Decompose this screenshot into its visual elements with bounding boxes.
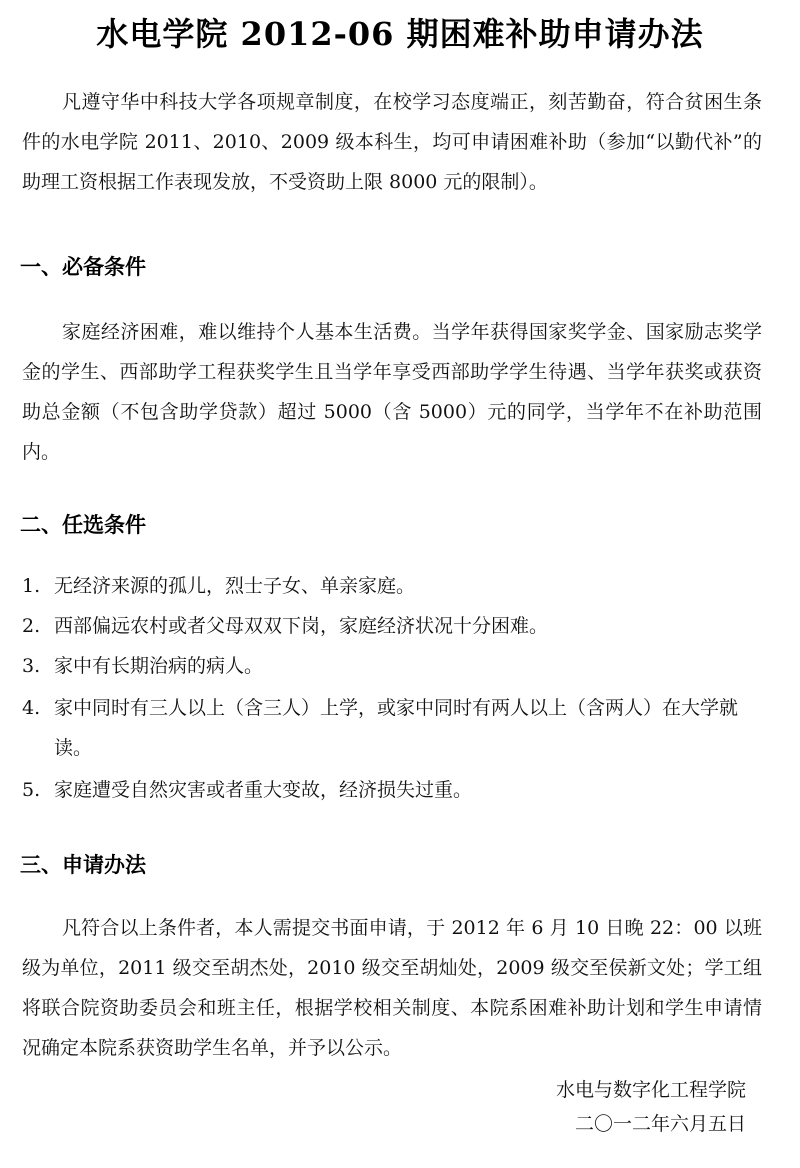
list-item-text: 西部偏远农村或者父母双双下岗，家庭经济状况十分困难。 xyxy=(54,606,762,646)
list-item-text: 家庭遭受自然灾害或者重大变故，经济损失过重。 xyxy=(54,770,762,810)
document-title: 水电学院 2012-06 期困难补助申请办法 xyxy=(0,12,800,56)
list-item-text: 无经济来源的孤儿，烈士子女、单亲家庭。 xyxy=(54,566,762,606)
list-item-number: 2. xyxy=(22,606,54,646)
list-item-number: 1. xyxy=(22,566,54,606)
list-item-text: 家中同时有三人以上（含三人）上学，或家中同时有两人以上（含两人）在大学就读。 xyxy=(54,688,762,768)
list-item: 4. 家中同时有三人以上（含三人）上学，或家中同时有两人以上（含两人）在大学就读… xyxy=(22,688,762,768)
signature-org: 水电与数字化工程学院 xyxy=(556,1074,746,1106)
list-item: 1. 无经济来源的孤儿，烈士子女、单亲家庭。 xyxy=(22,566,762,606)
list-item: 5. 家庭遭受自然灾害或者重大变故，经济损失过重。 xyxy=(22,770,762,810)
list-item: 2. 西部偏远农村或者父母双双下岗，家庭经济状况十分困难。 xyxy=(22,606,762,646)
list-item-number: 4. xyxy=(22,688,54,768)
signature-date: 二〇一二年六月五日 xyxy=(575,1108,746,1140)
list-item-text: 家中有长期治病的病人。 xyxy=(54,646,762,686)
list-item-number: 5. xyxy=(22,770,54,810)
document-page: 水电学院 2012-06 期困难补助申请办法 凡遵守华中科技大学各项规章制度，在… xyxy=(0,0,800,1168)
section-body-required: 家庭经济困难，难以维持个人基本生活费。当学年获得国家奖学金、国家励志奖学金的学生… xyxy=(22,312,762,472)
section-heading-required: 一、必备条件 xyxy=(20,252,146,282)
section-body-application: 凡符合以上条件者，本人需提交书面申请，于 2012 年 6 月 10 日晚 22… xyxy=(22,908,762,1068)
list-item: 3. 家中有长期治病的病人。 xyxy=(22,646,762,686)
section-heading-application: 三、申请办法 xyxy=(20,850,146,880)
intro-paragraph: 凡遵守华中科技大学各项规章制度，在校学习态度端正，刻苦勤奋，符合贫困生条件的水电… xyxy=(22,82,762,202)
list-item-number: 3. xyxy=(22,646,54,686)
section-heading-optional: 二、任选条件 xyxy=(20,510,146,540)
